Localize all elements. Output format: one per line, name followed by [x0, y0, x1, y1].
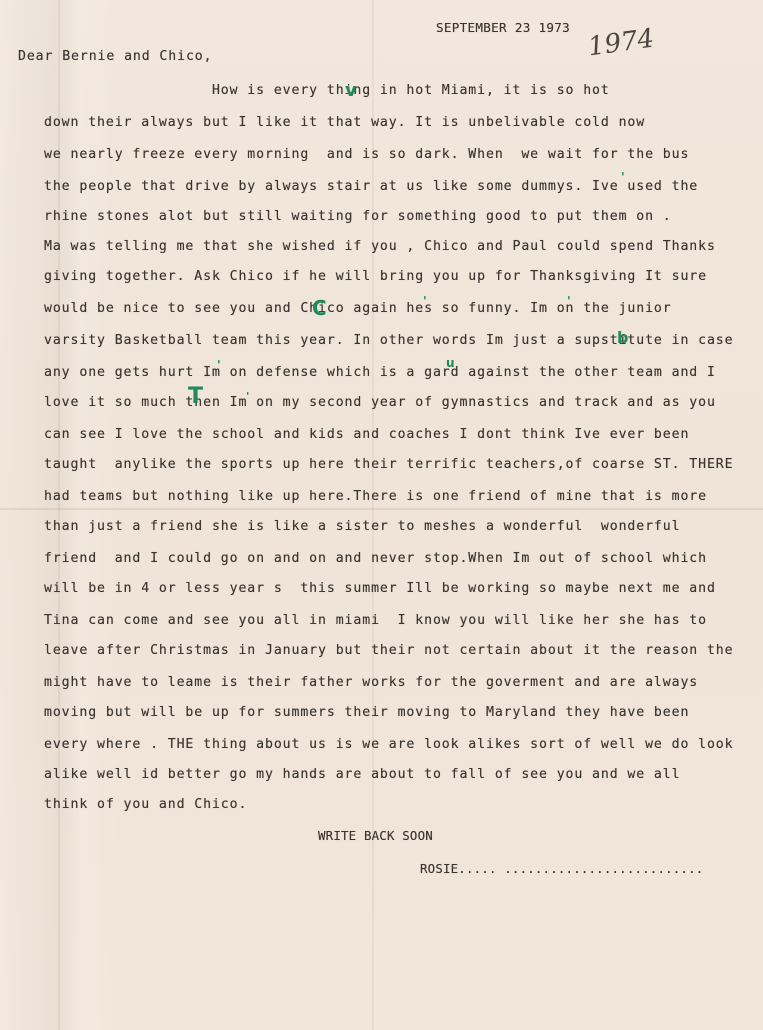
- letter-body-line: every where . THE thing about us is we a…: [44, 738, 733, 751]
- green-correction-mark: ': [217, 358, 221, 372]
- letter-body-line: love it so much then Im on my second yea…: [44, 396, 716, 409]
- green-correction-mark: T: [188, 384, 203, 409]
- letter-body-line: giving together. Ask Chico if he will br…: [44, 270, 707, 283]
- letter-date: SEPTEMBER 23 1973: [436, 22, 570, 35]
- closing-line: WRITE BACK SOON: [318, 830, 433, 842]
- green-correction-mark: v: [345, 80, 357, 101]
- letter-body-line: might have to leame is their father work…: [44, 676, 698, 689]
- letter-body-line: had teams but nothing like up here.There…: [44, 490, 707, 503]
- green-correction-mark: u: [446, 356, 455, 370]
- letter-body-line: rhine stones alot but still waiting for …: [44, 210, 672, 223]
- green-correction-mark: ': [621, 170, 625, 184]
- letter-body-line: friend and I could go on and on and neve…: [44, 552, 707, 565]
- green-correction-mark: ': [246, 390, 249, 403]
- letter-body-line: down their always but I like it that way…: [44, 116, 645, 129]
- letter-body-line: will be in 4 or less year s this summer …: [44, 582, 716, 595]
- letter-body-line: think of you and Chico.: [44, 798, 247, 811]
- salutation: Dear Bernie and Chico,: [18, 50, 212, 63]
- letter-body-line: than just a friend she is like a sister …: [44, 520, 680, 533]
- signature: ROSIE..... ..........................: [420, 863, 703, 875]
- letter-body-line: Ma was telling me that she wished if you…: [44, 240, 716, 253]
- letter-body-line: would be nice to see you and Chico again…: [44, 302, 672, 315]
- green-correction-mark: C: [312, 296, 327, 320]
- letter-body-line: moving but will be up for summers their …: [44, 706, 689, 719]
- green-correction-mark: ': [423, 294, 427, 308]
- letter-body-line: taught anylike the sports up here their …: [44, 458, 733, 471]
- green-correction-mark: b: [617, 328, 628, 347]
- letter-body-line: can see I love the school and kids and c…: [44, 428, 689, 441]
- letter-body-line: we nearly freeze every morning and is so…: [44, 148, 689, 161]
- green-correction-mark: ': [567, 294, 571, 308]
- paper-fold-horizontal: [0, 508, 763, 510]
- letter-body-line: any one gets hurt Im on defense which is…: [44, 366, 716, 379]
- letter-body-line: varsity Basketball team this year. In ot…: [44, 334, 733, 347]
- letter-body-line: the people that drive by always stair at…: [44, 180, 698, 193]
- letter-body-line: Tina can come and see you all in miami I…: [44, 614, 707, 627]
- letter-body-line: alike well id better go my hands are abo…: [44, 768, 680, 781]
- letter-body-line: How is every thing in hot Miami, it is s…: [44, 84, 610, 97]
- letter-body-line: leave after Christmas in January but the…: [44, 644, 733, 657]
